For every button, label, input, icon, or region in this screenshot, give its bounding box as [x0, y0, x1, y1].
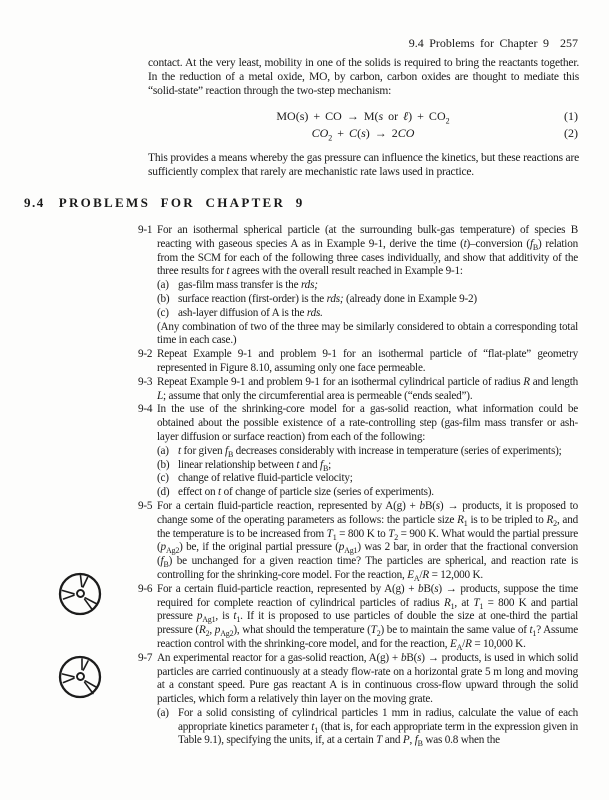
problem-text: An experimental reactor for a gas-solid … — [157, 652, 578, 707]
problem-body: Repeat Example 9-1 and problem 9-1 for a… — [157, 348, 578, 376]
running-header-title: 9.4 Problems for Chapter 9 — [409, 36, 549, 50]
shrinking-core-icon — [57, 654, 103, 700]
problem-9-3: 9-3 Repeat Example 9-1 and problem 9-1 f… — [138, 376, 578, 404]
problem-body: In the use of the shrinking-core model f… — [157, 403, 578, 500]
equation-row-2: CO2 + C(s) → 2CO (2) — [148, 125, 578, 142]
subitem-text: For a solid consisting of cylindrical pa… — [178, 707, 578, 748]
subitem-text: ash-layer diffusion of A is the rds. — [178, 307, 578, 321]
problem-9-6: 9-6 For a certain fluid-particle reactio… — [138, 583, 578, 652]
problem-9-1: 9-1 For an isothermal spherical particle… — [138, 224, 578, 348]
problem-body: An experimental reactor for a gas-solid … — [157, 652, 578, 749]
equation-2-number: (2) — [564, 125, 578, 142]
problem-body: Repeat Example 9-1 and problem 9-1 for a… — [157, 376, 578, 404]
problems-list: 9-1 For an isothermal spherical particle… — [138, 224, 578, 748]
problem-body: For a certain fluid-particle reaction, r… — [157, 583, 578, 652]
page-number: 257 — [560, 36, 578, 50]
running-header: 9.4 Problems for Chapter 9257 — [409, 36, 578, 51]
subitem-label: (d) — [157, 486, 178, 500]
equation-1-number: (1) — [564, 108, 578, 125]
problem-9-5: 9-5 For a certain fluid-particle reactio… — [138, 500, 578, 583]
subitem-c: (c) ash-layer diffusion of A is the rds. — [157, 307, 578, 321]
problem-number: 9-3 — [138, 376, 157, 404]
problem-note: (Any combination of two of the three may… — [157, 321, 578, 349]
subitem-a: (a) t for given fB decreases considerabl… — [157, 445, 578, 459]
problem-number: 9-4 — [138, 403, 157, 500]
subitem-label: (b) — [157, 293, 178, 307]
problem-number: 9-1 — [138, 224, 157, 348]
reaction-equations: MO(s) + CO → M(s or ℓ) + CO2 (1) CO2 + C… — [148, 108, 578, 142]
subitem-label: (a) — [157, 707, 178, 748]
problem-9-4: 9-4 In the use of the shrinking-core mod… — [138, 403, 578, 500]
problem-number: 9-6 — [138, 583, 157, 652]
subitem-text: linear relationship between t and fB; — [178, 459, 578, 473]
subitem-a: (a) gas-film mass transfer is the rds; — [157, 279, 578, 293]
equation-row-1: MO(s) + CO → M(s or ℓ) + CO2 (1) — [148, 108, 578, 125]
equation-1-expression: MO(s) + CO → M(s or ℓ) + CO2 — [276, 109, 449, 123]
subitem-a: (a) For a solid consisting of cylindrica… — [157, 707, 578, 748]
problem-body: For a certain fluid-particle reaction, r… — [157, 500, 578, 583]
section-title: PROBLEMS FOR CHAPTER 9 — [59, 195, 305, 210]
subitem-text: gas-film mass transfer is the rds; — [178, 279, 578, 293]
subitem-c: (c) change of relative fluid-particle ve… — [157, 472, 578, 486]
problem-number: 9-2 — [138, 348, 157, 376]
subitem-label: (c) — [157, 472, 178, 486]
problem-text: For an isothermal spherical particle (at… — [157, 224, 578, 279]
problem-9-7: 9-7 An experimental reactor for a gas-so… — [138, 652, 578, 749]
subitem-label: (c) — [157, 307, 178, 321]
subitem-text: effect on t of change of particle size (… — [178, 486, 578, 500]
problem-text: Repeat Example 9-1 and problem 9-1 for a… — [157, 376, 578, 404]
subitem-label: (a) — [157, 445, 178, 459]
subitem-label: (a) — [157, 279, 178, 293]
section-number: 9.4 — [24, 195, 45, 210]
subitem-label: (b) — [157, 459, 178, 473]
subitem-text: change of relative fluid-particle veloci… — [178, 472, 578, 486]
subitem-b: (b) surface reaction (first-order) is th… — [157, 293, 578, 307]
section-heading: 9.4PROBLEMS FOR CHAPTER 9 — [24, 195, 305, 211]
subitem-b: (b) linear relationship between t and fB… — [157, 459, 578, 473]
problem-text: For a certain fluid-particle reaction, r… — [157, 583, 578, 652]
textbook-page: 9.4 Problems for Chapter 9257 contact. A… — [0, 0, 609, 800]
intro-paragraph: contact. At the very least, mobility in … — [148, 56, 579, 99]
problem-9-2: 9-2 Repeat Example 9-1 and problem 9-1 f… — [138, 348, 578, 376]
problem-number: 9-5 — [138, 500, 157, 583]
subitem-d: (d) effect on t of change of particle si… — [157, 486, 578, 500]
problem-text: For a certain fluid-particle reaction, r… — [157, 500, 578, 583]
problem-body: For an isothermal spherical particle (at… — [157, 224, 578, 348]
problem-text: In the use of the shrinking-core model f… — [157, 403, 578, 444]
problem-number: 9-7 — [138, 652, 157, 749]
kinetics-note-paragraph: This provides a means whereby the gas pr… — [148, 151, 579, 179]
problem-text: Repeat Example 9-1 and problem 9-1 for a… — [157, 348, 578, 376]
shrinking-core-icon — [57, 571, 103, 617]
subitem-text: surface reaction (first-order) is the rd… — [178, 293, 578, 307]
equation-2-expression: CO2 + C(s) → 2CO — [312, 126, 415, 140]
subitem-text: t for given fB decreases considerably wi… — [178, 445, 578, 459]
